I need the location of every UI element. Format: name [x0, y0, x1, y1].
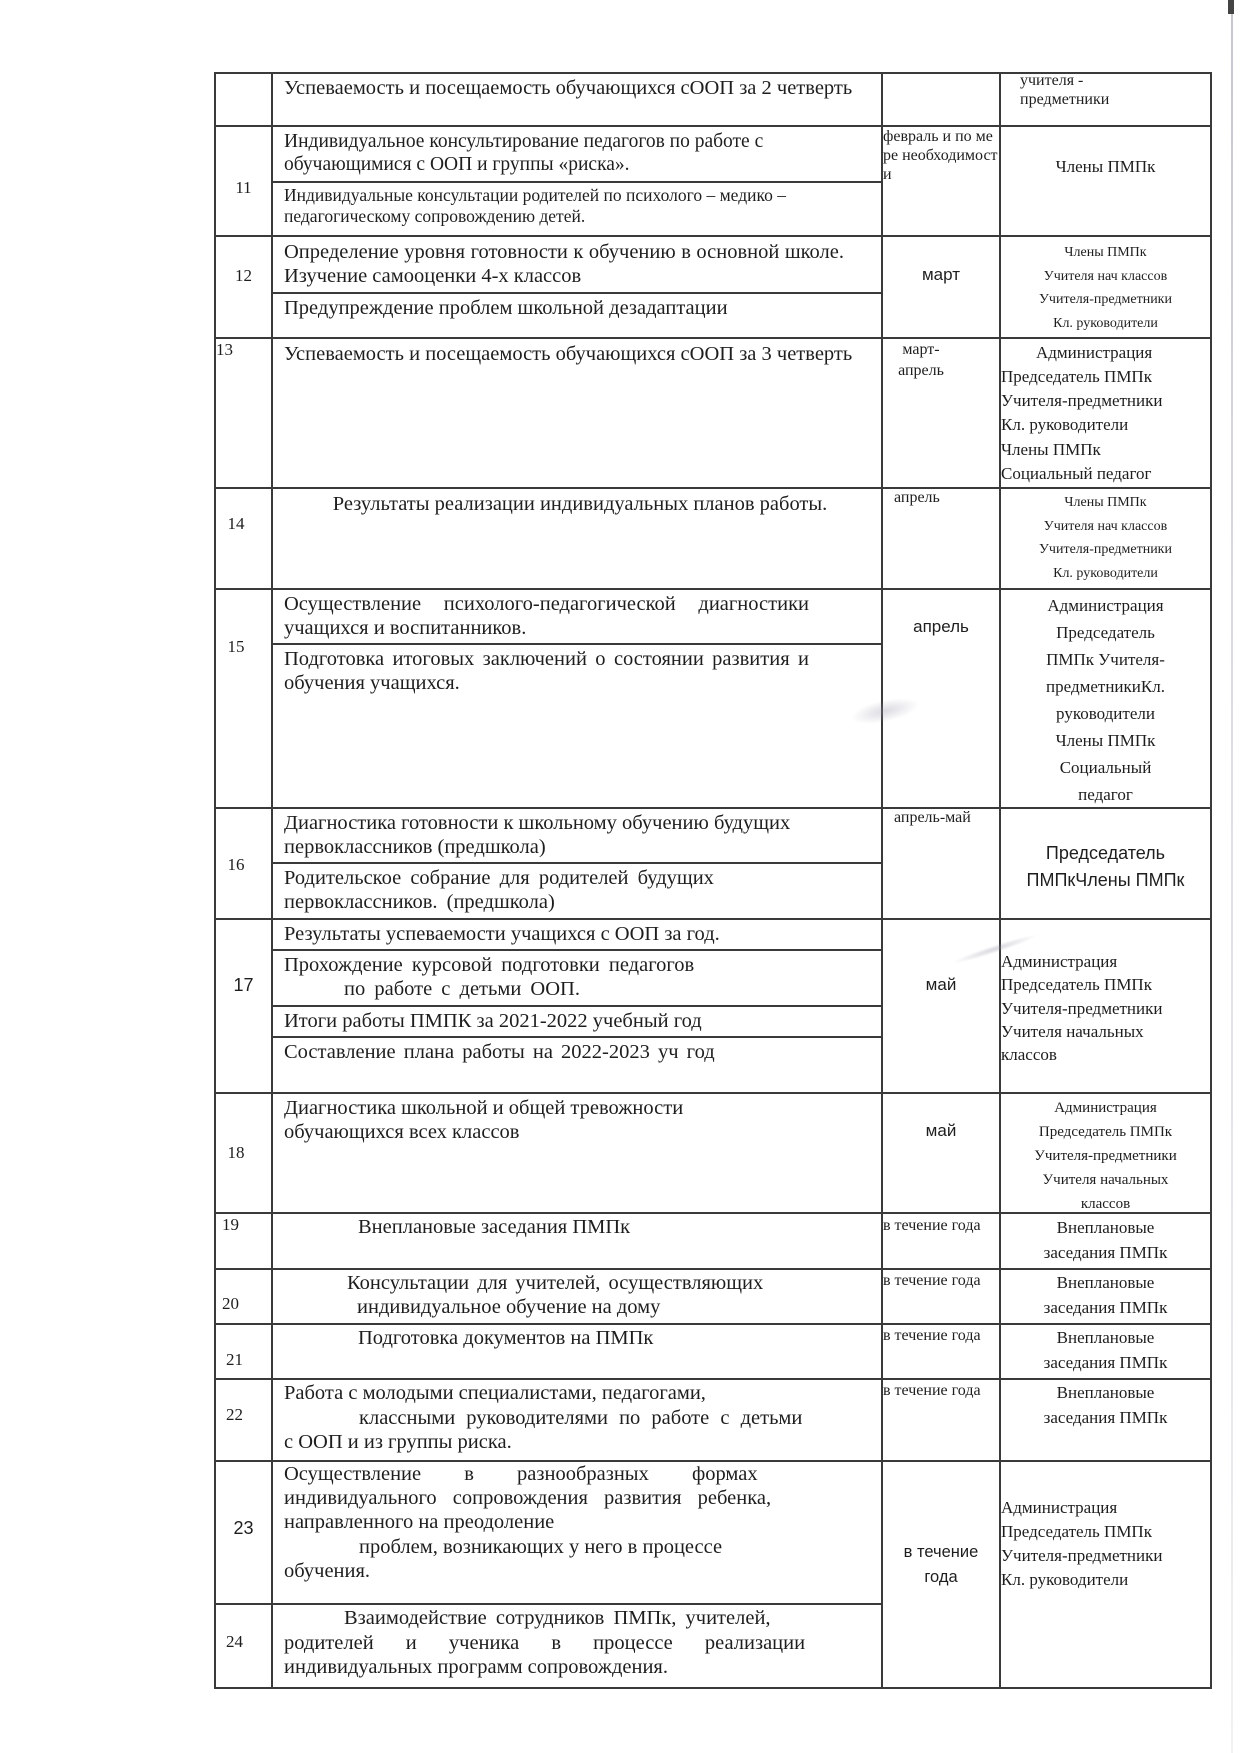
- responsible-cell: Администрация Председатель ПМПк Учителя-…: [1001, 1496, 1210, 1593]
- row-number: 20: [222, 1294, 262, 1314]
- responsible-line: Председатель: [1001, 840, 1210, 867]
- period-cell: март-апрель: [883, 340, 998, 382]
- period-cell: февраль и по мере необходимости: [883, 127, 998, 185]
- activity-text: Результаты реализации индивидуальных пла…: [300, 492, 860, 516]
- responsible-line: Кл. руководители: [1001, 312, 1210, 336]
- stamp-smudge: [848, 693, 921, 729]
- responsible-line: Учителя нач классов: [1001, 265, 1210, 289]
- row-divider: [214, 588, 1212, 590]
- responsible-line: заседания ПМПк: [1001, 1406, 1210, 1431]
- activity-text: Диагностика готовности к школьному обуче…: [284, 811, 824, 859]
- activity-line: классными руководителями по работе с дет…: [284, 1406, 882, 1431]
- responsible-cell: Члены ПМПк Учителя нач классов Учителя-п…: [1001, 491, 1210, 585]
- period-cell: май: [883, 975, 999, 995]
- row-divider: [214, 1378, 1212, 1380]
- scan-edge-shadow: [1231, 0, 1233, 1753]
- responsible-line: Члены ПМПк: [1001, 727, 1210, 754]
- row-divider: [214, 1268, 1212, 1270]
- responsible-line: Кл. руководители: [1001, 413, 1210, 437]
- period-cell: в течение года: [883, 1270, 993, 1292]
- responsible-line: Председатель ПМПк: [1001, 973, 1210, 996]
- responsible-line: Председатель ПМПк: [1001, 1520, 1210, 1544]
- row-divider: [214, 337, 1212, 339]
- period-cell: апрель: [883, 617, 999, 637]
- row-number: 13: [216, 340, 271, 360]
- responsible-line: Председатель ПМПк: [1001, 1120, 1210, 1144]
- scan-edge-mark: [1228, 0, 1234, 14]
- row-number: 23: [216, 1518, 271, 1539]
- responsible-line: Члены ПМПк: [1001, 157, 1210, 177]
- row-number: 17: [216, 975, 271, 996]
- responsible-line: Администрация: [1001, 950, 1210, 973]
- activity-text: Взаимодействие сотрудников ПМПк, учителе…: [284, 1606, 874, 1680]
- activity-line: Прохождение курсовой подготовки педагого…: [284, 953, 804, 977]
- activity-line: Взаимодействие сотрудников ПМПк, учителе…: [284, 1606, 874, 1631]
- row-number: 15: [216, 637, 256, 657]
- responsible-line: Учителя-предметники: [1001, 997, 1210, 1020]
- responsible-cell: Администрация Председатель ПМПк Учителя-…: [1001, 1096, 1210, 1216]
- responsible-line: Администрация: [1001, 1496, 1210, 1520]
- table-border-right: [1210, 72, 1212, 1688]
- row-number: 19: [222, 1215, 262, 1235]
- activity-line: с ООП и из группы риска.: [284, 1430, 882, 1455]
- activity-line: обучения.: [284, 1559, 874, 1583]
- sub-row-divider: [271, 643, 881, 645]
- responsible-line: классов: [1001, 1043, 1210, 1066]
- activity-line: Консультации для учителей, осуществляющи…: [284, 1271, 874, 1295]
- activity-text: Успеваемость и посещаемость обучающихся …: [284, 77, 852, 99]
- period-cell: в течение года: [883, 1215, 993, 1237]
- responsible-line: Учителя начальных: [1001, 1020, 1210, 1043]
- activity-text: Консультации для учителей, осуществляющи…: [284, 1271, 874, 1319]
- responsible-cell: Члены ПМПк: [1001, 157, 1210, 177]
- row-divider: [214, 125, 1212, 127]
- responsible-cell: Внеплановые заседания ПМПк: [1001, 1326, 1210, 1375]
- activity-line: направленного на преодоление: [284, 1510, 874, 1534]
- responsible-line: Учителя-предметники: [1001, 288, 1210, 312]
- sub-row-divider: [271, 181, 881, 183]
- responsible-line: Председатель ПМПк: [1001, 365, 1210, 389]
- responsible-line: Кл. руководители: [1001, 562, 1210, 586]
- column-divider-number: [271, 72, 273, 1688]
- activity-line: индивидуального сопровождения развития р…: [284, 1486, 874, 1510]
- responsible-line: Члены ПМПк: [1001, 491, 1210, 515]
- responsible-line: Учителя-предметники: [1001, 538, 1210, 562]
- responsible-line: руководители: [1001, 700, 1210, 727]
- period-cell: в течение года: [883, 1380, 993, 1402]
- responsible-line: Учителя начальных: [1001, 1168, 1210, 1192]
- responsible-line: заседания ПМПк: [1001, 1296, 1210, 1321]
- table-row: Успеваемость и посещаемость обучающихся …: [284, 76, 879, 100]
- activity-text: Успеваемость и посещаемость обучающихся …: [284, 342, 874, 366]
- responsible-line: Внеплановые: [1001, 1326, 1210, 1351]
- row-number: 22: [226, 1405, 266, 1425]
- responsible-line: Администрация: [1001, 1096, 1210, 1120]
- period-cell: апрель-май: [894, 809, 999, 828]
- activity-text: Индивидуальные консультации родителей по…: [284, 185, 844, 226]
- row-divider: [214, 918, 1212, 920]
- responsible-line: Члены ПМПк: [1001, 241, 1210, 265]
- period-text: в течение года: [896, 1540, 986, 1590]
- responsible-line: учителя -: [1020, 72, 1208, 91]
- row-number: 18: [216, 1143, 256, 1163]
- sub-row-divider: [271, 862, 881, 864]
- activity-text: Диагностика школьной и общей тревожности…: [284, 1096, 804, 1144]
- responsible-cell: Администрация Председатель ПМПк Учителя-…: [1001, 592, 1210, 808]
- responsible-line: классов: [1001, 1192, 1210, 1216]
- row-number: 24: [226, 1632, 266, 1652]
- responsible-line: Администрация: [1001, 592, 1210, 619]
- sub-row-divider: [271, 1036, 881, 1038]
- row-divider-23-24: [214, 1603, 881, 1605]
- responsible-line: Члены ПМПк: [1001, 438, 1210, 462]
- responsible-cell: учителя - предметники: [1020, 72, 1208, 110]
- activity-text: Родительское собрание для родителей буду…: [284, 866, 824, 914]
- responsible-line: Социальный педагог: [1001, 462, 1210, 486]
- responsible-line: Администрация: [1001, 341, 1210, 365]
- responsible-line: Учителя нач классов: [1001, 515, 1210, 539]
- period-cell: в течение года: [883, 1325, 993, 1347]
- activity-text: Прохождение курсовой подготовки педагого…: [284, 953, 804, 1001]
- responsible-line: ПМПк Учителя-: [1001, 646, 1210, 673]
- period-text: март-апрель: [891, 340, 951, 382]
- activity-line: по работе с детьми ООП.: [284, 977, 804, 1001]
- table-border-bottom: [214, 1687, 1212, 1689]
- responsible-line: ПМПкЧлены ПМПк: [1001, 867, 1210, 894]
- table-border-left: [214, 72, 216, 1688]
- responsible-cell: Администрация Председатель ПМПк Учителя-…: [1001, 341, 1210, 486]
- responsible-line: Кл. руководители: [1001, 1568, 1210, 1592]
- responsible-line: заседания ПМПк: [1001, 1351, 1210, 1376]
- activity-line: Осуществление в разнообразных формах: [284, 1462, 874, 1486]
- activity-text: Определение уровня готовности к обучению…: [284, 240, 844, 288]
- activity-text: Подготовка документов на ПМПк: [358, 1326, 858, 1350]
- row-divider: [214, 487, 1212, 489]
- activity-text: Осуществление психолого-педагогической д…: [284, 592, 809, 640]
- activity-line: индивидуальных программ сопровождения.: [284, 1655, 874, 1680]
- activity-text: Индивидуальное консультирование педагого…: [284, 130, 844, 176]
- responsible-cell: Члены ПМПк Учителя нач классов Учителя-п…: [1001, 241, 1210, 335]
- period-cell: апрель: [894, 489, 999, 508]
- activity-line: Работа с молодыми специалистами, педагог…: [284, 1381, 882, 1406]
- activity-text: Осуществление в разнообразных формах инд…: [284, 1462, 874, 1583]
- responsible-cell: Внеплановые заседания ПМПк: [1001, 1381, 1210, 1430]
- period-cell: в течение года: [883, 1540, 999, 1590]
- row-number: 21: [226, 1350, 266, 1370]
- responsible-line: предметникиКл.: [1001, 673, 1210, 700]
- responsible-line: Учителя-предметники: [1001, 1144, 1210, 1168]
- activity-text: Составление плана работы на 2022-2023 уч…: [284, 1040, 874, 1064]
- row-divider: [214, 1323, 1212, 1325]
- responsible-line: Внеплановые: [1001, 1216, 1210, 1241]
- row-divider: [214, 235, 1212, 237]
- period-cell: март: [883, 265, 999, 285]
- activity-line: проблем, возникающих у него в процессе: [284, 1535, 874, 1559]
- sub-row-divider: [271, 292, 881, 294]
- responsible-cell: Внеплановые заседания ПМПк: [1001, 1271, 1210, 1320]
- responsible-cell: Внеплановые заседания ПМПк: [1001, 1216, 1210, 1265]
- responsible-cell: Администрация Председатель ПМПк Учителя-…: [1001, 950, 1210, 1066]
- responsible-line: Учителя-предметники: [1001, 1544, 1210, 1568]
- row-number: 12: [216, 266, 271, 286]
- activity-text: Подготовка итоговых заключений о состоян…: [284, 647, 809, 695]
- row-number: 16: [216, 855, 256, 875]
- responsible-line: Внеплановые: [1001, 1381, 1210, 1406]
- sub-row-divider: [271, 949, 881, 951]
- responsible-line: Учителя-предметники: [1001, 389, 1210, 413]
- responsible-cell: Председатель ПМПкЧлены ПМПк: [1001, 840, 1210, 894]
- responsible-line: Председатель: [1001, 619, 1210, 646]
- row-number: 14: [216, 514, 256, 534]
- row-number: 11: [216, 178, 271, 198]
- activity-text: Результаты успеваемости учащихся с ООП з…: [284, 922, 874, 946]
- activity-text: Работа с молодыми специалистами, педагог…: [284, 1381, 882, 1455]
- period-cell: май: [883, 1121, 999, 1141]
- activity-line: родителей и ученика в процессе реализаци…: [284, 1631, 874, 1656]
- responsible-line: педагог: [1001, 781, 1210, 808]
- responsible-line: Социальный: [1001, 754, 1210, 781]
- activity-text: Предупреждение проблем школьной дезадапт…: [284, 296, 874, 320]
- row-divider: [214, 1092, 1212, 1094]
- sub-row-divider: [271, 1005, 881, 1007]
- activity-text: Итоги работы ПМПК за 2021-2022 учебный г…: [284, 1009, 874, 1033]
- responsible-line: заседания ПМПк: [1001, 1241, 1210, 1266]
- responsible-line: предметники: [1020, 91, 1208, 110]
- responsible-line: Внеплановые: [1001, 1271, 1210, 1296]
- activity-line: индивидуальное обучение на дому: [284, 1295, 874, 1319]
- activity-text: Внеплановые заседания ПМПк: [358, 1215, 858, 1239]
